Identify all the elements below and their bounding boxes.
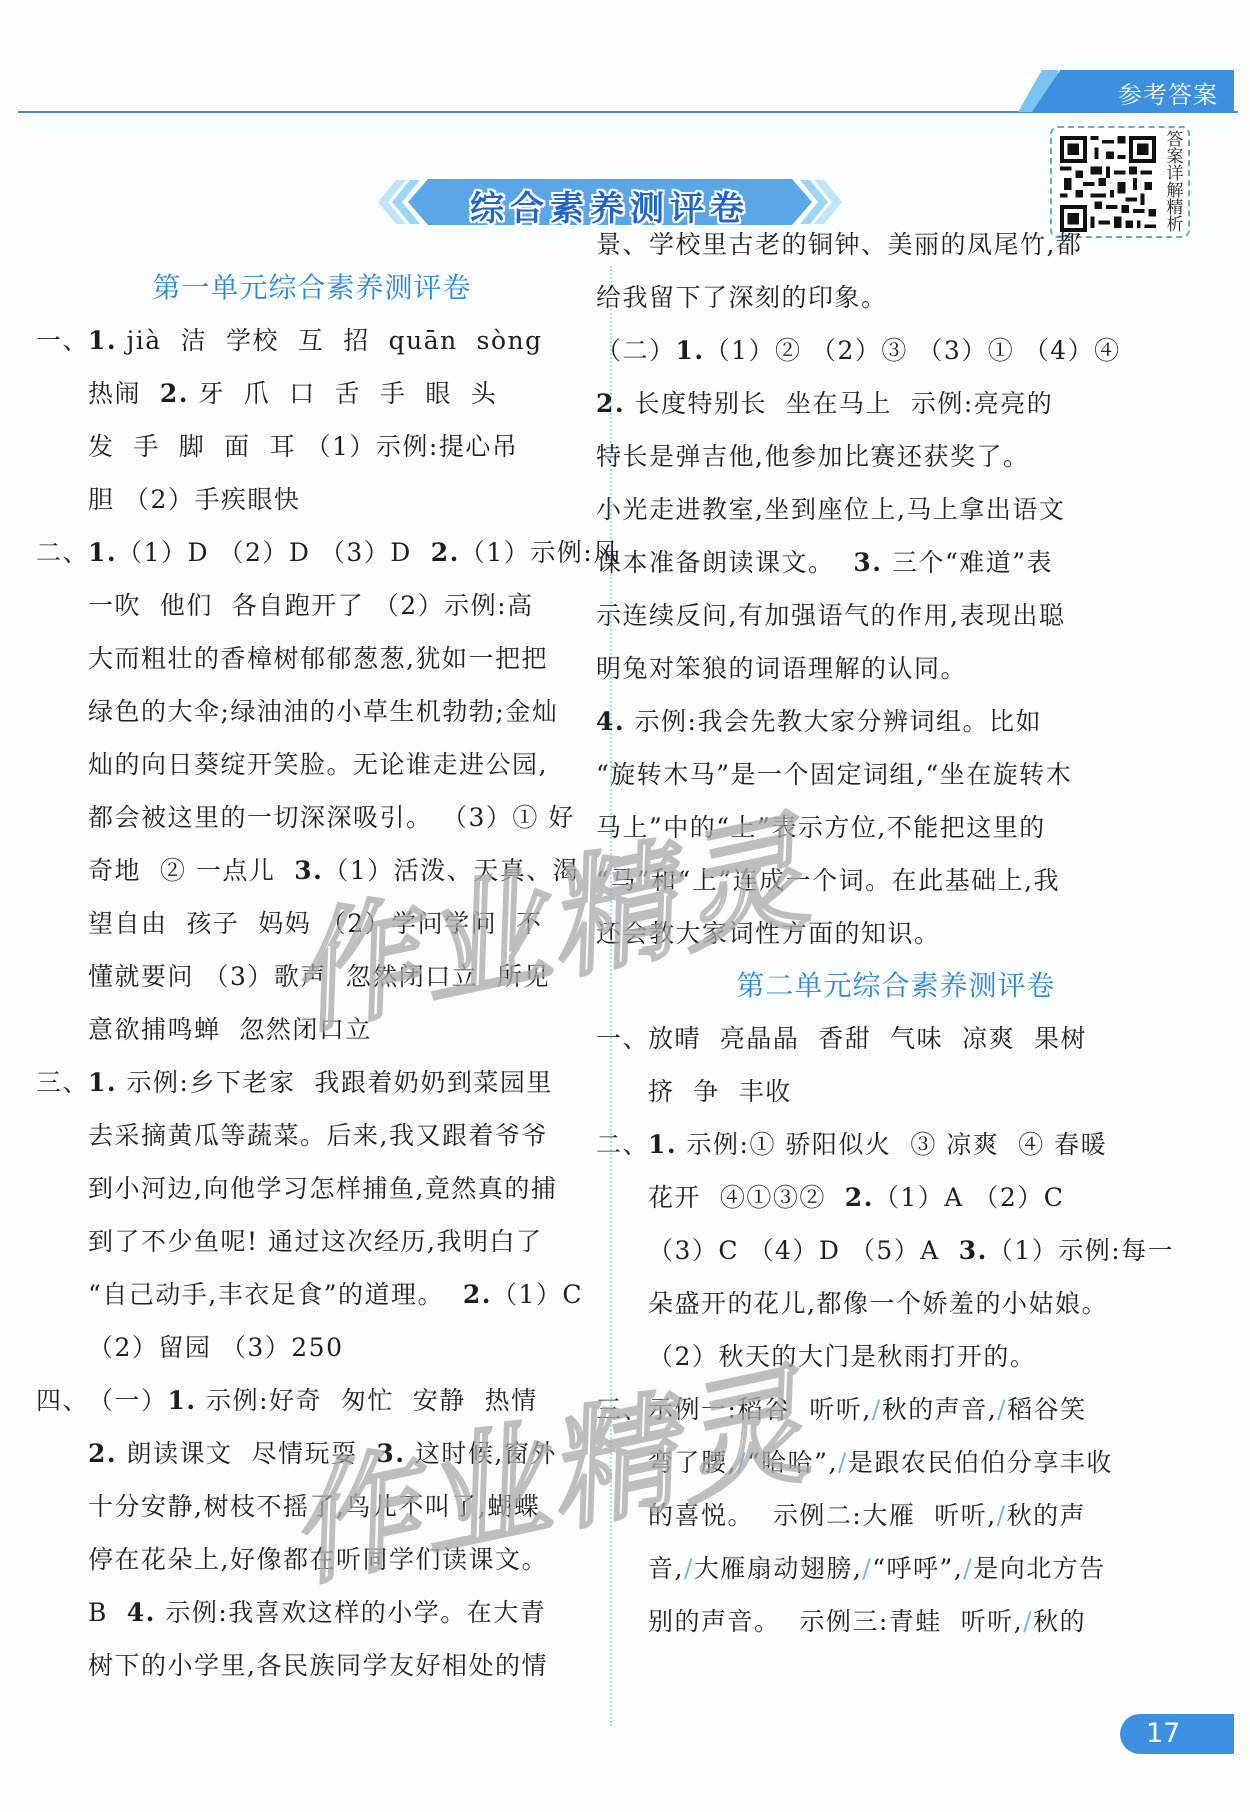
item-number: 1. [88, 326, 117, 355]
answer-text: 放晴 亮晶晶 香甜 气味 凉爽 果树 [648, 1024, 1087, 1053]
item-number: 1. [676, 336, 705, 365]
header-tab: 参考答案 [1018, 70, 1234, 112]
answer-text: “马”和“上”连成一个词。在此基础上,我 [596, 866, 1060, 895]
answer-text: 去采摘黄瓜等蔬菜。后来,我又跟着爷爷 [88, 1121, 548, 1150]
answer-text: （2）秋天的大门是秋雨打开的。 [648, 1342, 1036, 1371]
answer-line: 奇地 ② 一点儿 3.（1）活泼、天真、渴 [36, 844, 588, 897]
answer-text: 弯了腰, [648, 1448, 737, 1477]
page-number: 17 [1146, 1718, 1180, 1749]
answer-line: （二）1.（1）② （2）③ （3）① （4）④ [596, 324, 1196, 377]
item-number: 4. [596, 707, 625, 736]
answer-text: 稻谷笑 [1007, 1395, 1087, 1424]
pause-mark: / [684, 1554, 694, 1583]
answer-text: 望自由 孩子 妈妈 （2）学问学问 不 [88, 909, 543, 938]
answer-text: 灿的向日葵绽开笑脸。无论谁走进公园, [88, 750, 548, 779]
answer-line: 2. 长度特别长 坐在马上 示例:亮亮的 [596, 377, 1196, 430]
pause-mark: / [862, 1554, 872, 1583]
answer-text: jià 洁 学校 互 招 quān sòng [117, 326, 543, 355]
answer-text: 大雁扇动翅膀, [694, 1554, 862, 1583]
answer-line: 意欲捕鸣蝉 忽然闭口立 [36, 1003, 588, 1056]
answer-line: 挤 争 丰收 [596, 1065, 1196, 1118]
answer-text: 秋的声音, [882, 1395, 997, 1424]
item-number: 1. [88, 538, 117, 567]
answer-text: 的喜悦。 示例二:大雁 听听, [648, 1501, 997, 1530]
answer-line: “旋转木马”是一个固定词组,“坐在旋转木 [596, 748, 1196, 801]
answer-line: 懂就要问 （3）歌声 忽然闭口立 所见 [36, 950, 588, 1003]
answer-text: 到小河边,向他学习怎样捕鱼,竟然真的捕 [88, 1174, 557, 1203]
answer-text: 花开 ④①③② [648, 1183, 845, 1212]
answer-line: 弯了腰,/“哈哈”,/是跟农民伯伯分享丰收 [596, 1436, 1196, 1489]
answer-text: “旋转木马”是一个固定词组,“坐在旋转木 [596, 760, 1072, 789]
answer-line: 树下的小学里,各民族同学友好相处的情 [36, 1639, 588, 1692]
answer-line: 马上”中的“上”表示方位,不能把这里的 [596, 801, 1196, 854]
answer-line: 到了不少鱼呢! 通过这次经历,我明白了 [36, 1215, 588, 1268]
answer-text: （1）② （2）③ （3）① （4）④ [705, 336, 1121, 365]
answer-line: 一、1. jià 洁 学校 互 招 quān sòng [36, 314, 588, 367]
answer-line: 花开 ④①③② 2.（1）A （2）C [596, 1171, 1196, 1224]
answer-line: 停在花朵上,好像都在听同学们读课文。 [36, 1533, 588, 1586]
item-number: 3. [959, 1236, 988, 1265]
answer-text: 示例:我会先教大家分辨词组。比如 [625, 707, 1042, 736]
pause-mark: / [737, 1448, 747, 1477]
answer-text: （1）D （2）D （3）D [117, 538, 431, 567]
answer-line: 发 手 脚 面 耳 （1）示例:提心吊 [36, 420, 588, 473]
right-column: 景、学校里古老的铜钟、美丽的凤尾竹,都给我留下了深刻的印象。（二）1.（1）② … [596, 218, 1196, 1648]
answer-text: 秋的声 [1007, 1501, 1087, 1530]
item-number: 1. [648, 1130, 677, 1159]
answer-text: 课本准备朗读课文。 [596, 548, 853, 577]
answer-text: 是跟农民伯伯分享丰收 [848, 1448, 1113, 1477]
answer-text: “呼呼”, [872, 1554, 963, 1583]
pause-mark: / [997, 1501, 1007, 1530]
answer-line: “自己动手,丰衣足食”的道理。 2.（1）C [36, 1268, 588, 1321]
page-number-badge: 17 [1120, 1714, 1234, 1754]
answer-line: 二、1. 示例:① 骄阳似火 ③ 凉爽 ④ 春暖 [596, 1118, 1196, 1171]
answer-text: 一吹 他们 各自跑开了 （2）示例:高 [88, 591, 534, 620]
answer-text: （1）A （2）C [874, 1183, 1064, 1212]
answer-line: 朵盛开的花儿,都像一个娇羞的小姑娘。 [596, 1277, 1196, 1330]
question-number: 四、 [36, 1374, 88, 1427]
answer-text: 长度特别长 坐在马上 示例:亮亮的 [625, 389, 1053, 418]
pause-mark: / [838, 1448, 848, 1477]
answer-line: “马”和“上”连成一个词。在此基础上,我 [596, 854, 1196, 907]
item-number: 3. [376, 1439, 405, 1468]
answer-line: 四、（一）1. 示例:好奇 匆忙 安静 热情 [36, 1374, 588, 1427]
answer-line: 景、学校里古老的铜钟、美丽的凤尾竹,都 [596, 218, 1196, 271]
answer-line: 灿的向日葵绽开笑脸。无论谁走进公园, [36, 738, 588, 791]
answer-text: 音, [648, 1554, 684, 1583]
answer-text: 绿色的大伞;绿油油的小草生机勃勃;金灿 [88, 697, 558, 726]
header-tab-label: 参考答案 [1118, 75, 1218, 110]
answer-line: 都会被这里的一切深深吸引。 （3）① 好 [36, 791, 588, 844]
answer-text: B [88, 1598, 127, 1627]
answer-text: “哈哈”, [747, 1448, 838, 1477]
item-number: 2. [463, 1280, 492, 1309]
answer-lines: 一、放晴 亮晶晶 香甜 气味 凉爽 果树挤 争 丰收二、1. 示例:① 骄阳似火… [596, 1012, 1196, 1648]
answer-lines: 一、1. jià 洁 学校 互 招 quān sòng热闹 2. 牙 爪 口 舌… [36, 314, 588, 1692]
answer-text: 都会被这里的一切深深吸引。 （3）① 好 [88, 803, 575, 832]
answer-text: 胆 （2）手疾眼快 [88, 485, 300, 514]
answer-text: 这时候,窗外 [405, 1439, 556, 1468]
answer-text: 停在花朵上,好像都在听同学们读课文。 [88, 1545, 548, 1574]
answer-text: 十分安静,树枝不摇了,鸟儿不叫了,蝴蝶 [88, 1492, 540, 1521]
answer-text: 发 手 脚 面 耳 （1）示例:提心吊 [88, 432, 518, 461]
answer-text: 热闹 [88, 379, 160, 408]
answer-text: 示例:乡下老家 我跟着奶奶到菜园里 [117, 1068, 553, 1097]
answer-text: 示例一:稻谷 听听, [648, 1395, 872, 1424]
answer-text: 牙 爪 口 舌 手 眼 头 [189, 379, 497, 408]
answer-text: “自己动手,丰衣足食”的道理。 [88, 1280, 463, 1309]
section-title-unit-2: 第二单元综合素养测评卷 [596, 960, 1196, 1012]
pause-mark: / [963, 1554, 973, 1583]
question-number: 三、 [36, 1056, 88, 1109]
answer-text: 示例:我喜欢这样的小学。在大青 [156, 1598, 546, 1627]
pause-mark: / [1023, 1607, 1033, 1636]
answer-text: 马上”中的“上”表示方位,不能把这里的 [596, 813, 1046, 842]
item-number: 2. [160, 379, 189, 408]
answer-text: 示连续反问,有加强语气的作用,表现出聪 [596, 601, 1065, 630]
answer-text: 秋的 [1033, 1607, 1086, 1636]
item-number: 4. [127, 1598, 156, 1627]
answer-line: （2）秋天的大门是秋雨打开的。 [596, 1330, 1196, 1383]
answer-text: 大而粗壮的香樟树郁郁葱葱,犹如一把把 [88, 644, 548, 673]
answer-text: （1）活泼、天真、渴 [323, 856, 579, 885]
answer-line: 示连续反问,有加强语气的作用,表现出聪 [596, 589, 1196, 642]
answer-line: 望自由 孩子 妈妈 （2）学问学问 不 [36, 897, 588, 950]
item-number: 2. [596, 389, 625, 418]
answer-line: 课本准备朗读课文。 3. 三个“难道”表 [596, 536, 1196, 589]
item-number: 1. [88, 1068, 117, 1097]
answer-line: 还会教大家词性方面的知识。 [596, 907, 1196, 960]
answer-line: 明兔对笨狼的词语理解的认同。 [596, 642, 1196, 695]
answer-line: 给我留下了深刻的印象。 [596, 271, 1196, 324]
answer-line: 一吹 他们 各自跑开了 （2）示例:高 [36, 579, 588, 632]
answer-line: 的喜悦。 示例二:大雁 听听,/秋的声 [596, 1489, 1196, 1542]
answer-text: 树下的小学里,各民族同学友好相处的情 [88, 1651, 548, 1680]
answer-line: （3）C （4）D （5）A 3.（1）示例:每一 [596, 1224, 1196, 1277]
answer-text: 是向北方告 [973, 1554, 1106, 1583]
answer-text: 朵盛开的花儿,都像一个娇羞的小姑娘。 [648, 1289, 1108, 1318]
answer-line: 4. 示例:我会先教大家分辨词组。比如 [596, 695, 1196, 748]
answer-text: （3）C （4）D （5）A [648, 1236, 959, 1265]
answer-line: 一、放晴 亮晶晶 香甜 气味 凉爽 果树 [596, 1012, 1196, 1065]
answer-line: 特长是弹吉他,他参加比赛还获奖了。 [596, 430, 1196, 483]
pause-mark: / [997, 1395, 1007, 1424]
answer-text: 意欲捕鸣蝉 忽然闭口立 [88, 1015, 372, 1044]
answer-line: 胆 （2）手疾眼快 [36, 473, 588, 526]
answer-line: 大而粗壮的香樟树郁郁葱葱,犹如一把把 [36, 632, 588, 685]
answer-text: 挤 争 丰收 [648, 1077, 792, 1106]
question-number: 二、 [36, 526, 88, 579]
pause-mark: / [872, 1395, 882, 1424]
item-number: 3. [294, 856, 323, 885]
item-number: 3. [853, 548, 882, 577]
answer-text: （二） [596, 336, 676, 365]
answer-text: 三个“难道”表 [883, 548, 1054, 577]
answer-line: 音,/大雁扇动翅膀,/“呼呼”,/是向北方告 [596, 1542, 1196, 1595]
question-number: 二、 [596, 1118, 648, 1171]
answer-text: 到了不少鱼呢! 通过这次经历,我明白了 [88, 1227, 542, 1256]
answer-line: 三、示例一:稻谷 听听,/秋的声音,/稻谷笑 [596, 1383, 1196, 1436]
answer-line: 十分安静,树枝不摇了,鸟儿不叫了,蝴蝶 [36, 1480, 588, 1533]
answer-text: 给我留下了深刻的印象。 [596, 283, 888, 312]
answer-text: （2）留园 （3）250 [88, 1333, 343, 1362]
answer-line: （2）留园 （3）250 [36, 1321, 588, 1374]
item-number: 2. [431, 538, 460, 567]
answer-line: B 4. 示例:我喜欢这样的小学。在大青 [36, 1586, 588, 1639]
answer-line: 2. 朗读课文 尽情玩耍 3. 这时候,窗外 [36, 1427, 588, 1480]
answer-text: 还会教大家词性方面的知识。 [596, 919, 941, 948]
answer-text: （1）C [492, 1280, 583, 1309]
answer-text: 小光走进教室,坐到座位上,马上拿出语文 [596, 495, 1065, 524]
question-number: 一、 [36, 314, 88, 367]
question-number: 一、 [596, 1012, 648, 1065]
answer-text: 明兔对笨狼的词语理解的认同。 [596, 654, 967, 683]
answer-line: 到小河边,向他学习怎样捕鱼,竟然真的捕 [36, 1162, 588, 1215]
answer-lines: 景、学校里古老的铜钟、美丽的凤尾竹,都给我留下了深刻的印象。（二）1.（1）② … [596, 218, 1196, 960]
answer-line: 二、1.（1）D （2）D （3）D 2.（1）示例:风 [36, 526, 588, 579]
answer-text: （一） [88, 1386, 168, 1415]
answer-line: 热闹 2. 牙 爪 口 舌 手 眼 头 [36, 367, 588, 420]
item-number: 2. [88, 1439, 117, 1468]
answer-text: 奇地 ② 一点儿 [88, 856, 294, 885]
answer-text: 别的声音。 示例三:青蛙 听听, [648, 1607, 1023, 1636]
section-title-unit-1: 第一单元综合素养测评卷 [36, 262, 588, 314]
answer-text: 景、学校里古老的铜钟、美丽的凤尾竹,都 [596, 230, 1082, 259]
answer-line: 绿色的大伞;绿油油的小草生机勃勃;金灿 [36, 685, 588, 738]
item-number: 2. [845, 1183, 874, 1212]
answer-text: （1）示例:每一 [988, 1236, 1174, 1265]
answer-text: 示例:① 骄阳似火 ③ 凉爽 ④ 春暖 [677, 1130, 1107, 1159]
answer-text: 特长是弹吉他,他参加比赛还获奖了。 [596, 442, 1029, 471]
answer-text: 朗读课文 尽情玩耍 [117, 1439, 376, 1468]
left-column: 第一单元综合素养测评卷 一、1. jià 洁 学校 互 招 quān sòng热… [36, 262, 588, 1692]
answer-line: 三、1. 示例:乡下老家 我跟着奶奶到菜园里 [36, 1056, 588, 1109]
answer-text: 懂就要问 （3）歌声 忽然闭口立 所见 [88, 962, 550, 991]
answer-line: 小光走进教室,坐到座位上,马上拿出语文 [596, 483, 1196, 536]
answer-line: 别的声音。 示例三:青蛙 听听,/秋的 [596, 1595, 1196, 1648]
answer-line: 去采摘黄瓜等蔬菜。后来,我又跟着爷爷 [36, 1109, 588, 1162]
question-number: 三、 [596, 1383, 648, 1436]
answer-text: 示例:好奇 匆忙 安静 热情 [197, 1386, 538, 1415]
item-number: 1. [168, 1386, 197, 1415]
